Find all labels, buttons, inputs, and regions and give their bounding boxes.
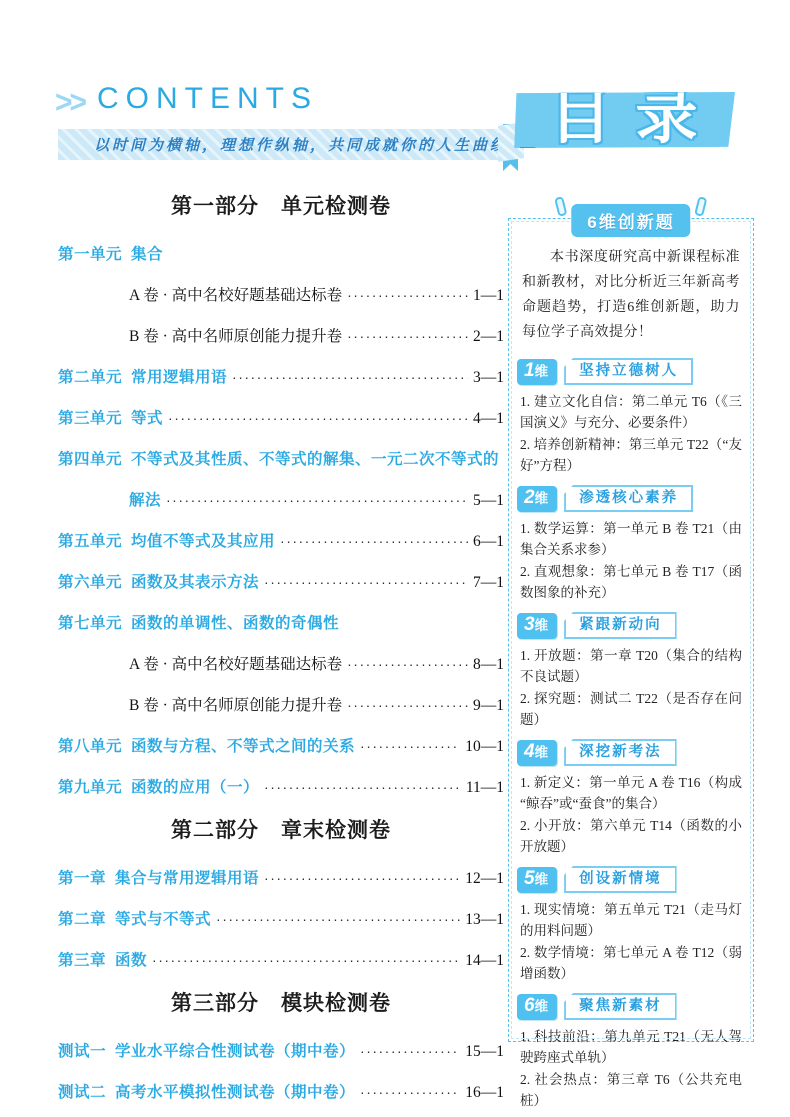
page-number: 13—1 [465, 907, 504, 932]
toc-subentry: B 卷 · 高中名师原创能力提升卷9—1 [129, 693, 504, 718]
dim-badge: 2维 [517, 486, 557, 512]
dim-label: 紧跟新动向 [564, 612, 677, 639]
toc-entry: 第三章函数14—1 [58, 948, 504, 973]
toc-entry-title: 均值不等式及其应用 [131, 529, 275, 554]
dim-label: 聚焦新素材 [564, 993, 677, 1020]
dot-leader [360, 1080, 460, 1105]
dot-leader [360, 1039, 460, 1064]
dim-item: 2. 数学情境：第七单元 A 卷 T12（弱增函数） [520, 943, 742, 984]
toc-entry-title: 函数及其表示方法 [131, 570, 259, 595]
tagline-stripe: 以时间为横轴，理想作纵轴，共同成就你的人生曲线！ [58, 129, 510, 160]
dim-suffix: 维 [535, 999, 549, 1014]
dim-suffix: 维 [535, 872, 549, 887]
page-number: 7—1 [473, 570, 504, 595]
toc-entry-title: 函数与方程、不等式之间的关系 [131, 734, 355, 759]
dot-leader [264, 570, 468, 595]
toc-entry-label: 第一章 [58, 866, 106, 891]
dim-number: 5 [524, 868, 535, 889]
toc-entry-label: 第九单元 [58, 775, 122, 800]
dim-number: 4 [524, 741, 535, 762]
toc-entry-label: 第二单元 [58, 365, 122, 390]
part-title: 第一部分 单元检测卷 [58, 192, 504, 222]
dot-leader [216, 907, 460, 932]
dim-item: 2. 社会热点：第三章 T6（公共充电桩） [520, 1070, 742, 1111]
dim-suffix: 维 [535, 491, 549, 506]
chevrons-icon: >> [55, 85, 84, 121]
dim-number: 3 [524, 614, 535, 635]
dim-items: 1. 建立文化自信：第二单元 T6（《三国演义》与充分、必要条件）2. 培养创新… [520, 392, 742, 476]
toc-subentry-title: B 卷 · 高中名师原创能力提升卷 [129, 693, 342, 718]
toc-entry-title: 函数的应用（一） [131, 775, 259, 800]
dot-leader [166, 488, 468, 513]
sidebar-badge: 6维创新题 [571, 204, 690, 237]
page-number: 3—1 [473, 365, 504, 390]
page-number: 8—1 [473, 652, 504, 677]
dot-leader [347, 283, 468, 308]
page-number: 10—1 [465, 734, 504, 759]
dim-badge: 6维 [517, 994, 557, 1020]
dim-badge: 4维 [517, 740, 557, 766]
page-number: 14—1 [465, 948, 504, 973]
sidebar-intro: 本书深度研究高中新课程标准和新教材，对比分析近三年新高考命题趋势，打造6维创新题… [509, 219, 753, 349]
toc-entry-title: 函数 [115, 948, 147, 973]
part-title: 第二部分 章末检测卷 [58, 816, 504, 846]
toc-banner: 目录 [512, 92, 735, 148]
toc-entry-title: 常用逻辑用语 [131, 365, 227, 390]
page-number: 12—1 [465, 866, 504, 891]
dim-section-header: 1维坚持立德树人 [517, 358, 745, 385]
toc-entry-label: 第二章 [58, 907, 106, 932]
dim-suffix: 维 [535, 745, 549, 760]
dim-item: 2. 探究题：测试二 T22（是否存在问题） [520, 689, 742, 730]
toc-entry-label: 测试二 [58, 1080, 106, 1105]
toc-entry-title: 等式与不等式 [115, 907, 211, 932]
toc-entry-title: 等式 [131, 406, 163, 431]
page-number: 1—1 [473, 283, 504, 308]
toc-entry: 测试二高考水平模拟性测试卷（期中卷）16—1 [58, 1080, 504, 1105]
toc-entry-label: 第八单元 [58, 734, 122, 759]
toc-entry-continued: 解法5—1 [58, 488, 504, 513]
dot-leader [264, 866, 460, 891]
dim-suffix: 维 [535, 364, 549, 379]
toc-entry: 第九单元函数的应用（一）11—1 [58, 775, 504, 800]
dim-badge: 1维 [517, 359, 557, 385]
dim-number: 6 [524, 995, 535, 1016]
page-number: 6—1 [473, 529, 504, 554]
toc-entry: 第七单元函数的单调性、函数的奇偶性 [58, 611, 504, 636]
toc-entry: 第三单元等式4—1 [58, 406, 504, 431]
toc-entry: 第二章等式与不等式13—1 [58, 907, 504, 932]
dim-label: 渗透核心素养 [564, 485, 693, 512]
dim-items: 1. 新定义：第一单元 A 卷 T16（构成“鲸吞”或“蚕食”的集合）2. 小开… [520, 773, 742, 857]
toc-entry: 第一单元集合 [58, 242, 504, 267]
page-number: 5—1 [473, 488, 504, 513]
dim-section-header: 6维聚焦新素材 [517, 993, 745, 1020]
contents-title: CONTENTS [97, 82, 318, 116]
toc-entry-label: 第三单元 [58, 406, 122, 431]
dim-label: 创设新情境 [564, 866, 677, 893]
pin-icon [554, 196, 567, 217]
sidebar-panel: 6维创新题 本书深度研究高中新课程标准和新教材，对比分析近三年新高考命题趋势，打… [508, 218, 754, 1042]
banner-title: 目录 [512, 66, 735, 155]
page-number: 2—1 [473, 324, 504, 349]
toc-entry-title: 集合与常用逻辑用语 [115, 866, 259, 891]
toc-subentry-title: B 卷 · 高中名师原创能力提升卷 [129, 324, 342, 349]
toc-entry-title: 不等式及其性质、不等式的解集、一元二次不等式的 [131, 447, 499, 472]
page-number: 4—1 [473, 406, 504, 431]
tagline: 以时间为横轴，理想作纵轴，共同成就你的人生曲线！ [58, 134, 526, 155]
dim-item: 1. 建立文化自信：第二单元 T6（《三国演义》与充分、必要条件） [520, 392, 742, 433]
dim-section-header: 5维创设新情境 [517, 866, 745, 893]
toc-entry-label: 第五单元 [58, 529, 122, 554]
dim-number: 2 [524, 487, 535, 508]
toc-entry: 第六单元函数及其表示方法7—1 [58, 570, 504, 595]
toc-entry: 第八单元函数与方程、不等式之间的关系10—1 [58, 734, 504, 759]
toc-entry-title: 学业水平综合性测试卷（期中卷） [115, 1039, 355, 1064]
page-root: { "header": { "chevrons_icon": ">>", "ti… [0, 0, 790, 1117]
toc: 第一部分 单元检测卷第一单元集合A 卷 · 高中名校好题基础达标卷1—1B 卷 … [58, 186, 504, 1117]
dot-leader [168, 406, 468, 431]
dim-item: 2. 培养创新精神：第三单元 T22（“友好”方程） [520, 435, 742, 476]
dot-leader [264, 775, 461, 800]
dim-items: 1. 现实情境：第五单元 T21（走马灯的用料问题）2. 数学情境：第七单元 A… [520, 900, 742, 984]
dim-section-header: 3维紧跟新动向 [517, 612, 745, 639]
page-number: 16—1 [465, 1080, 504, 1105]
page-number: 15—1 [465, 1039, 504, 1064]
toc-entry-title: 函数的单调性、函数的奇偶性 [131, 611, 339, 636]
dot-leader [232, 365, 468, 390]
toc-entry-label: 第四单元 [58, 447, 122, 472]
toc-subentry: A 卷 · 高中名校好题基础达标卷8—1 [129, 652, 504, 677]
dot-leader [152, 948, 460, 973]
dim-item: 1. 开放题：第一章 T20（集合的结构不良试题） [520, 646, 742, 687]
dim-item: 1. 科技前沿：第九单元 T21（无人驾驶跨座式单轨） [520, 1027, 742, 1068]
dim-badge: 5维 [517, 867, 557, 893]
toc-entry: 第四单元不等式及其性质、不等式的解集、一元二次不等式的 [58, 447, 504, 472]
dim-item: 1. 新定义：第一单元 A 卷 T16（构成“鲸吞”或“蚕食”的集合） [520, 773, 742, 814]
toc-entry-label: 第三章 [58, 948, 106, 973]
dot-leader [360, 734, 460, 759]
toc-entry: 第五单元均值不等式及其应用6—1 [58, 529, 504, 554]
dot-leader [347, 324, 468, 349]
dim-section-header: 4维深挖新考法 [517, 739, 745, 766]
toc-subentry-title: A 卷 · 高中名校好题基础达标卷 [129, 652, 342, 677]
dim-item: 1. 现实情境：第五单元 T21（走马灯的用料问题） [520, 900, 742, 941]
toc-entry-label: 第六单元 [58, 570, 122, 595]
toc-subentry-title: A 卷 · 高中名校好题基础达标卷 [129, 283, 342, 308]
dot-leader [347, 652, 468, 677]
toc-entry-label: 第一单元 [58, 242, 122, 267]
dim-section-header: 2维渗透核心素养 [517, 485, 745, 512]
toc-entry-title: 解法 [129, 488, 161, 513]
part-title: 第三部分 模块检测卷 [58, 989, 504, 1019]
toc-entry: 测试一学业水平综合性测试卷（期中卷）15—1 [58, 1039, 504, 1064]
sidebar-sections: 1维坚持立德树人1. 建立文化自信：第二单元 T6（《三国演义》与充分、必要条件… [509, 358, 753, 1111]
toc-entry-title: 高考水平模拟性测试卷（期中卷） [115, 1080, 355, 1105]
dim-badge: 3维 [517, 613, 557, 639]
dot-leader [280, 529, 468, 554]
toc-subentry: A 卷 · 高中名校好题基础达标卷1—1 [129, 283, 504, 308]
page-number: 9—1 [473, 693, 504, 718]
dim-label: 深挖新考法 [564, 739, 677, 766]
dim-item: 1. 数学运算：第一单元 B 卷 T21（由集合关系求参） [520, 519, 742, 560]
toc-subentry: B 卷 · 高中名师原创能力提升卷2—1 [129, 324, 504, 349]
dim-item: 2. 小开放：第六单元 T14（函数的小开放题） [520, 816, 742, 857]
dim-items: 1. 数学运算：第一单元 B 卷 T21（由集合关系求参）2. 直观想象：第七单… [520, 519, 742, 603]
dim-items: 1. 科技前沿：第九单元 T21（无人驾驶跨座式单轨）2. 社会热点：第三章 T… [520, 1027, 742, 1111]
toc-entry-label: 测试一 [58, 1039, 106, 1064]
dim-items: 1. 开放题：第一章 T20（集合的结构不良试题）2. 探究题：测试二 T22（… [520, 646, 742, 730]
toc-entry-label: 第七单元 [58, 611, 122, 636]
dim-label: 坚持立德树人 [564, 358, 693, 385]
dim-suffix: 维 [535, 618, 549, 633]
toc-entry: 第一章集合与常用逻辑用语12—1 [58, 866, 504, 891]
toc-entry-title: 集合 [131, 242, 163, 267]
dim-item: 2. 直观想象：第七单元 B 卷 T17（函数图象的补充） [520, 562, 742, 603]
page-number: 11—1 [466, 775, 504, 800]
dim-number: 1 [524, 360, 535, 381]
pin-icon [695, 196, 708, 217]
toc-entry: 第二单元常用逻辑用语3—1 [58, 365, 504, 390]
dot-leader [347, 693, 468, 718]
